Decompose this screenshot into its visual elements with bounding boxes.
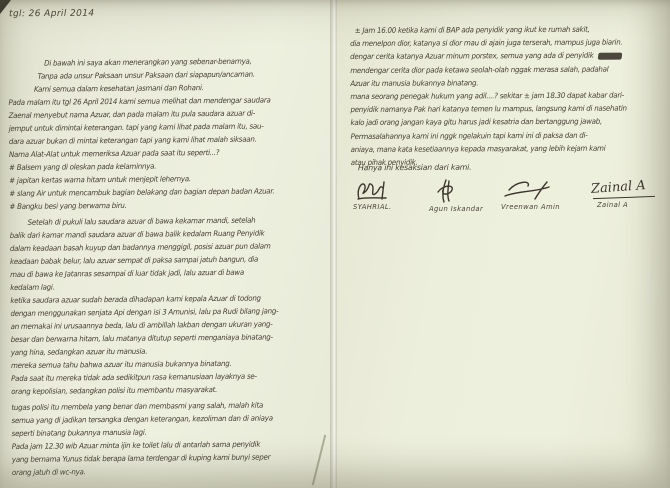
handwritten-line: orang jatuh di wc-nya. [12,463,335,479]
signature-name: SYAHRIAL. [353,203,392,211]
signature-name: Zainal A [597,201,628,209]
signature-block-agun: Agun Iskandar [429,178,501,213]
handwritten-line: orang kepolisian, sedangkan polisi itu m… [11,382,334,398]
page-left: tgl: 26 April 2014 Di bawah ini saya aka… [0,0,332,488]
signature-block-vreenwan: Vreenwan Amin [501,178,591,211]
handwritten-line: penyidik namanya Pak hari katanya temen … [350,102,664,117]
date-header: tgl: 26 April 2014 [9,9,95,20]
signature-scribble [353,178,399,202]
left-page-text: Di bawah ini saya akan menerangkan yang … [8,54,335,479]
signature-block-zainal: Zainal A Zainal A [591,178,661,209]
signature-name: Agun Iskandar [429,205,483,213]
handwritten-line: dengar cerita katanya Azuar minum porste… [350,49,664,64]
handwritten-line: # Bangku besi yang berwarna biru. [9,197,332,213]
signature-script: Zainal A [591,178,647,197]
signature-scribble [501,178,553,202]
signature-underline [593,196,655,200]
closing-line: Hanya ini kesaksian dari kami. [358,163,471,173]
document-photo: tgl: 26 April 2014 Di bawah ini saya aka… [0,0,670,488]
page-right: ± Jam 16.00 ketika kami di BAP ada penyi… [337,0,670,488]
signature-block-syahrial: SYAHRIAL. [353,178,429,211]
signature-scribble [429,178,463,204]
right-page-text: ± Jam 16.00 ketika kami di BAP ada penyi… [350,22,664,169]
signature-row: SYAHRIAL. Agun Iskandar Vreenwan Amin Za… [353,178,661,213]
signature-name: Vreenwan Amin [501,203,560,211]
